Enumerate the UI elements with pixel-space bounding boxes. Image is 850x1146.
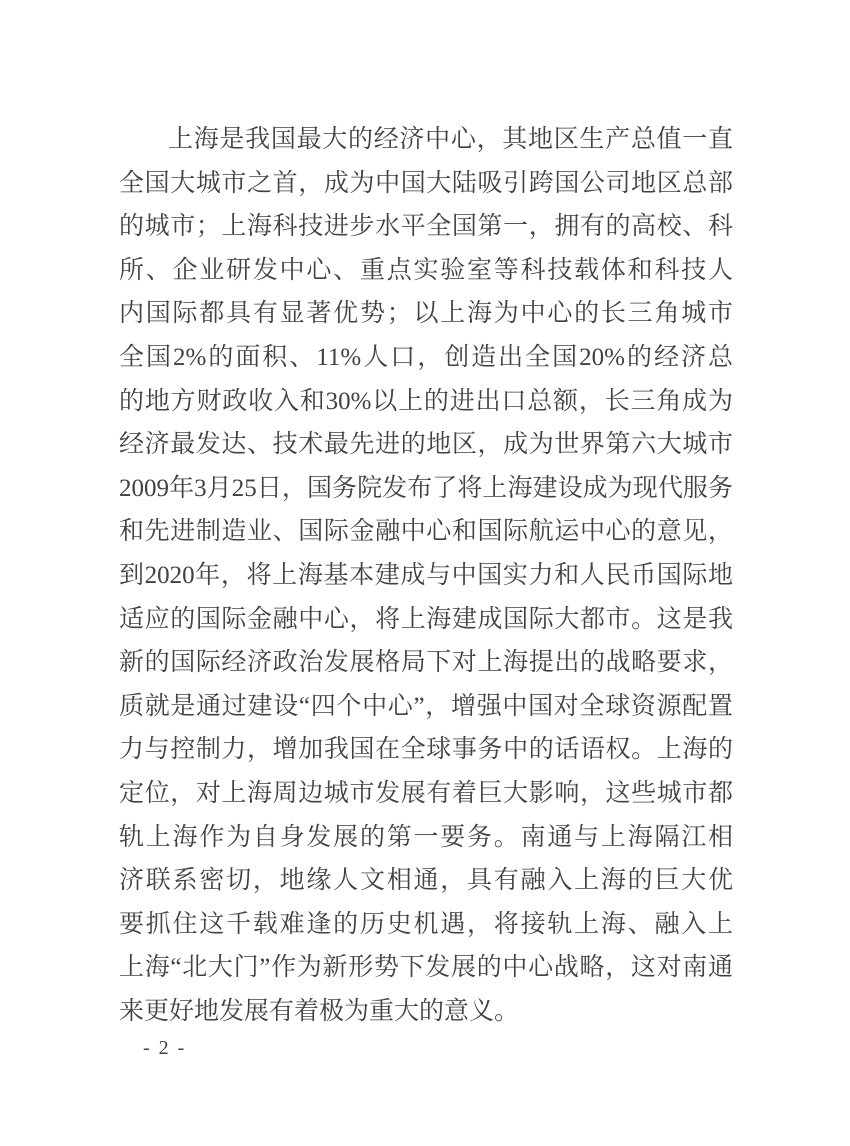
text-line: 的城市；上海科技进步水平全国第一，拥有的高校、科研院 [119, 205, 733, 249]
paragraph: 上海是我国最大的经济中心，其地区生产总值一直雄居全国大城市之首，成为中国大陆吸引… [119, 118, 733, 1033]
text-line: 要抓住这千载难逢的历史机遇，将接轨上海、融入上海，建设 [119, 903, 733, 947]
text-line: 上海是我国最大的经济中心，其地区生产总值一直雄居 [119, 118, 733, 162]
text-line: 来更好地发展有着极为重大的意义。 [119, 990, 733, 1034]
text-line: 全国2%的面积、11%人口，创造出全国20%的经济总量，25% [119, 336, 733, 380]
text-line: 定位，对上海周边城市发展有着巨大影响，这些城市都把接 [119, 772, 733, 816]
text-line: 新的国际经济政治发展格局下对上海提出的战略要求，其实 [119, 641, 733, 685]
text-line: 适应的国际金融中心，将上海建成国际大都市。这是我国在 [119, 598, 733, 642]
text-line: 质就是通过建设“四个中心”，增强中国对全球资源配置的能 [119, 685, 733, 729]
page-number: - 2 - [143, 1036, 186, 1060]
text-line: 2009年3月25日，国务院发布了将上海建设成为现代服务业 [119, 467, 733, 511]
text-line: 上海“北大门”作为新形势下发展的中心战略，这对南通在未 [119, 946, 733, 990]
text-line: 和先进制造业、国际金融中心和国际航运中心的意见，提出 [119, 510, 733, 554]
text-line: 的地方财政收入和30%以上的进出口总额，长三角成为全国 [119, 380, 733, 424]
text-line: 济联系密切，地缘人文相通，具有融入上海的巨大优势，南通 [119, 859, 733, 903]
text-line: 内国际都具有显著优势；以上海为中心的长三角城市群，占 [119, 292, 733, 336]
text-line: 到2020年，将上海基本建成与中国实力和人民币国际地位相 [119, 554, 733, 598]
text-line: 全国大城市之首，成为中国大陆吸引跨国公司地区总部最多 [119, 162, 733, 206]
text-line: 轨上海作为自身发展的第一要务。南通与上海隔江相望，经 [119, 816, 733, 860]
text-line: 力与控制力，增加我国在全球事务中的话语权。上海的战略 [119, 728, 733, 772]
text-line: 经济最发达、技术最先进的地区，成为世界第六大城市群。 [119, 423, 733, 467]
text-line: 所、企业研发中心、重点实验室等科技载体和科技人才，在国 [119, 249, 733, 293]
document-page: 上海是我国最大的经济中心，其地区生产总值一直雄居全国大城市之首，成为中国大陆吸引… [0, 0, 850, 1146]
